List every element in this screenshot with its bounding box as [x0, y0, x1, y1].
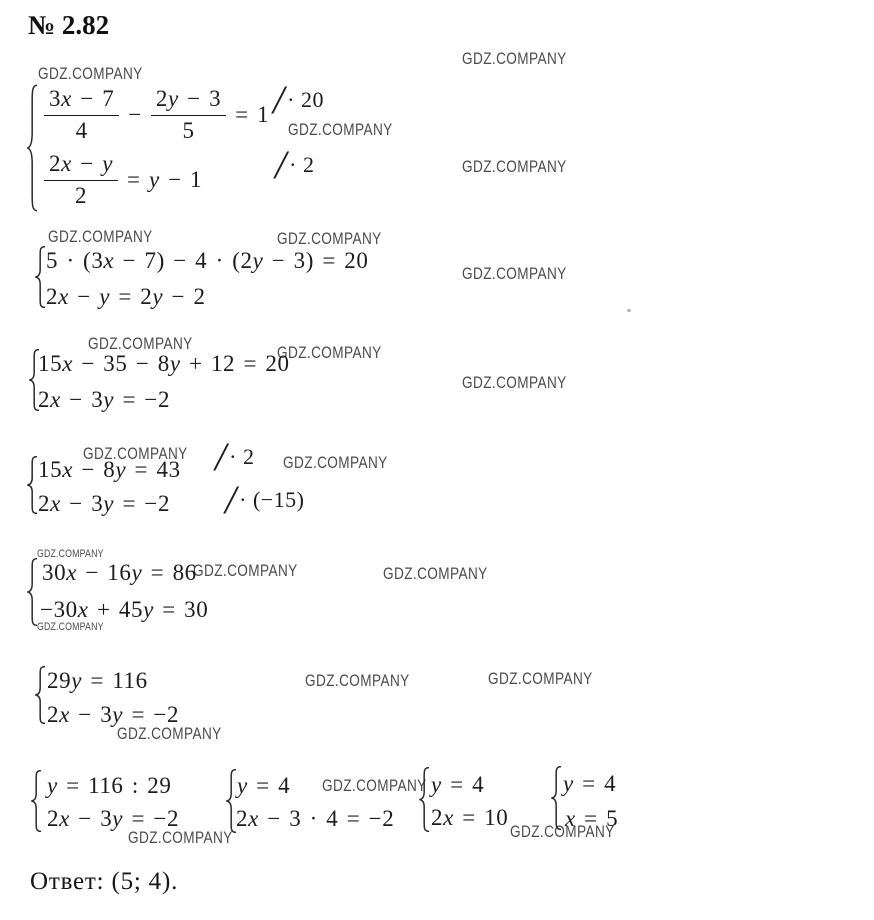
- system-brace: [34, 666, 47, 724]
- watermark: GDZ.COMPANY: [462, 373, 567, 393]
- equation: 15x − 35 − 8y + 12 = 20: [38, 351, 290, 377]
- system-brace: [30, 770, 43, 832]
- watermark: GDZ.COMPANY: [193, 561, 298, 581]
- equation: 5 · (3x − 7) − 4 · (2y − 3) = 20: [46, 248, 368, 274]
- equation: y = 116 : 29: [47, 773, 171, 799]
- watermark: GDZ.COMPANY: [288, 120, 393, 140]
- equation: −30x + 45y = 30: [40, 597, 208, 623]
- factor-text: · 2: [289, 152, 314, 181]
- fraction: 2y − 3 5: [151, 86, 226, 144]
- equation: 15x − 8y = 43: [38, 457, 181, 483]
- watermark: GDZ.COMPANY: [277, 229, 382, 249]
- equation: y = 4: [237, 773, 290, 799]
- fraction-numerator: 3x − 7: [44, 86, 119, 116]
- scan-artifact-dot: [627, 309, 631, 312]
- equation-line: 2x − y 2 = y − 1: [44, 151, 202, 209]
- slash-icon: /: [273, 84, 284, 116]
- watermark: GDZ.COMPANY: [383, 564, 488, 584]
- watermark: GDZ.COMPANY: [462, 157, 567, 177]
- equation: 2x − 3y = −2: [47, 702, 179, 728]
- scanned-solution-page: № 2.82 GDZ.COMPANY GDZ.COMPANY GDZ.COMPA…: [0, 0, 874, 920]
- system-brace: [26, 558, 39, 626]
- equation: 29y = 116: [47, 668, 148, 694]
- watermark: GDZ.COMPANY: [38, 64, 143, 84]
- fraction-denominator: 2: [44, 181, 118, 209]
- equation: x = 5: [565, 806, 618, 832]
- slash-icon: /: [275, 149, 286, 181]
- answer-text: Ответ: (5; 4).: [30, 868, 178, 896]
- watermark: GDZ.COMPANY: [277, 343, 382, 363]
- equation: y = 4: [431, 772, 484, 798]
- equation: 30x − 16y = 86: [42, 560, 197, 586]
- watermark: GDZ.COMPANY: [305, 671, 410, 691]
- fraction: 3x − 7 4: [44, 86, 119, 144]
- fraction-numerator: 2y − 3: [151, 86, 226, 116]
- factor-text: · 20: [287, 87, 324, 116]
- multiply-factor: / · 20: [273, 84, 324, 116]
- watermark: GDZ.COMPANY: [462, 49, 567, 69]
- page-title: № 2.82: [28, 10, 109, 41]
- multiply-factor: / · (−15): [225, 484, 305, 516]
- equation: y = 4: [563, 771, 616, 797]
- fraction-numerator: 2x − y: [44, 151, 118, 181]
- equation: 2x = 10: [431, 805, 508, 831]
- factor-text: · 2: [229, 444, 254, 473]
- equation-rhs: = 1: [235, 102, 269, 128]
- equation: 2x − y = 2y − 2: [46, 284, 206, 310]
- equation: 2x − 3 · 4 = −2: [236, 806, 394, 832]
- system-brace: [550, 766, 563, 830]
- equation: 2x − 3y = −2: [38, 387, 170, 413]
- equation-rhs: = y − 1: [127, 167, 202, 193]
- multiply-factor: / · 2: [215, 441, 254, 473]
- watermark: GDZ.COMPANY: [283, 453, 388, 473]
- fraction-denominator: 4: [44, 116, 119, 144]
- watermark: GDZ.COMPANY: [48, 227, 153, 247]
- equation-line: 3x − 7 4 − 2y − 3 5 = 1: [44, 86, 269, 144]
- system-brace: [26, 84, 39, 212]
- system-brace: [418, 767, 431, 832]
- factor-text: · (−15): [239, 487, 304, 516]
- equation: 2x − 3y = −2: [38, 491, 170, 517]
- minus-operator: −: [128, 102, 142, 128]
- slash-icon: /: [215, 441, 226, 473]
- watermark: GDZ.COMPANY: [462, 264, 567, 284]
- fraction: 2x − y 2: [44, 151, 118, 209]
- multiply-factor: / · 2: [275, 149, 314, 181]
- equation: 2x − 3y = −2: [47, 806, 179, 832]
- watermark: GDZ.COMPANY: [322, 776, 427, 796]
- slash-icon: /: [225, 484, 236, 516]
- watermark: GDZ.COMPANY: [37, 548, 104, 560]
- fraction-denominator: 5: [151, 116, 226, 144]
- watermark: GDZ.COMPANY: [488, 669, 593, 689]
